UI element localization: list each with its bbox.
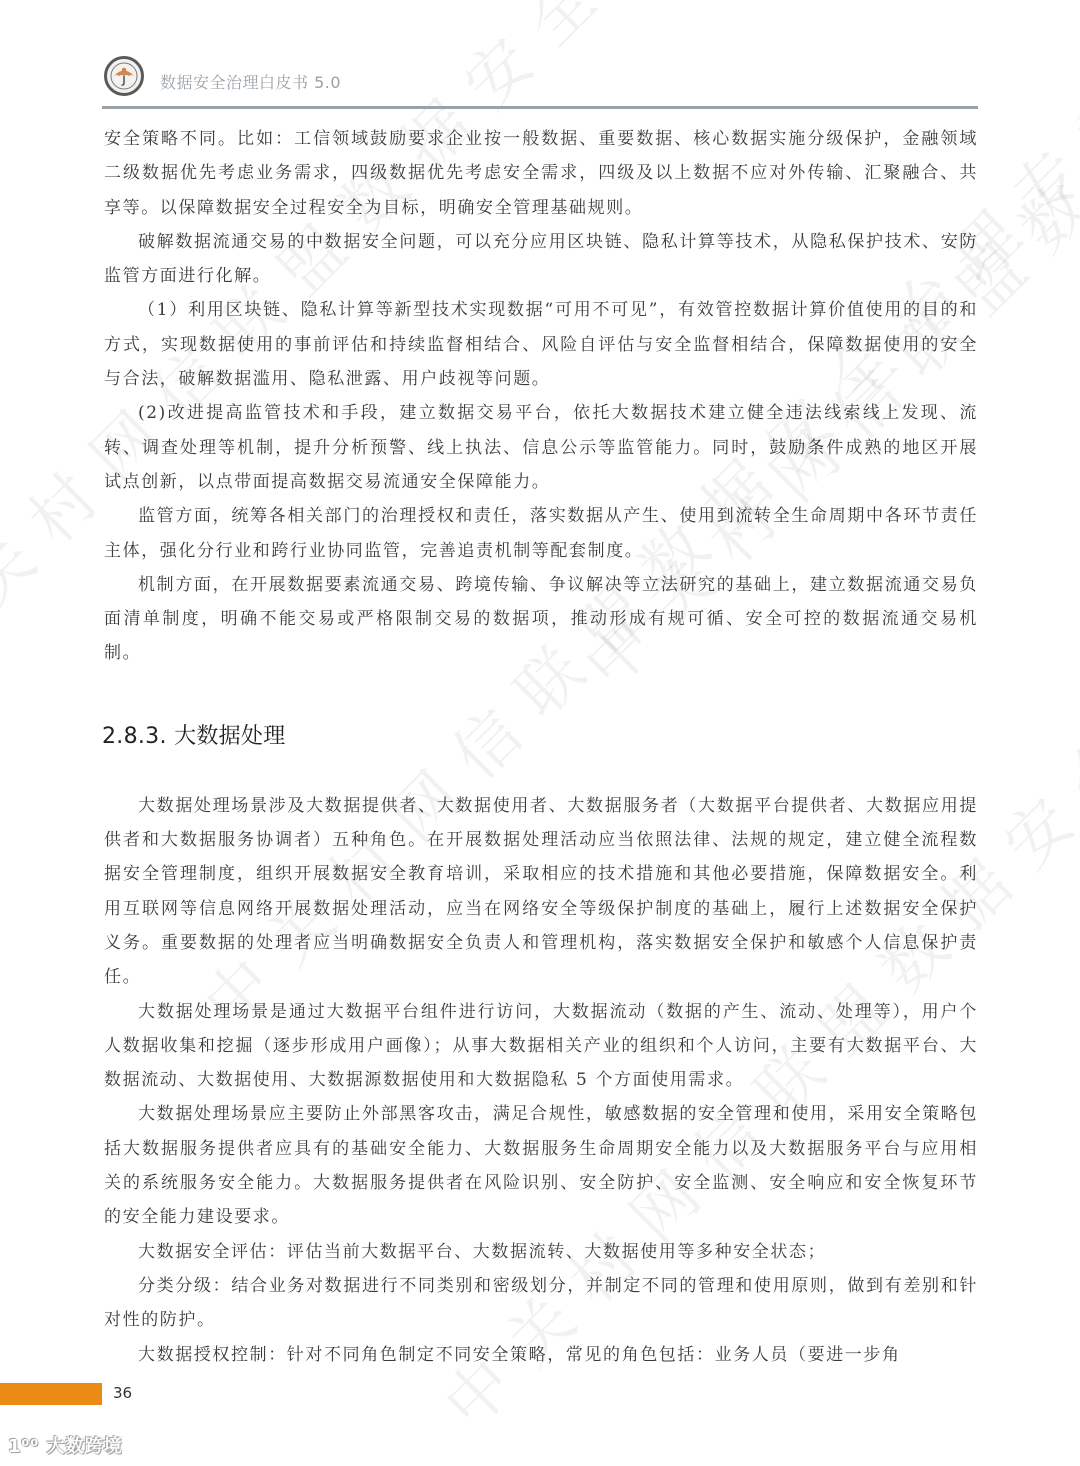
paragraph: 监管方面，统筹各相关部门的治理授权和责任，落实数据从产生、使用到流转全生命周期中…	[104, 499, 978, 568]
header-divider	[102, 106, 978, 109]
paragraph: 破解数据流通交易的中数据安全问题，可以充分应用区块链、隐私计算等技术，从隐私保护…	[104, 225, 978, 294]
footer-accent-bar	[0, 1383, 102, 1405]
brand-watermark: 1⁰⁰ 大数跨境	[8, 1432, 123, 1458]
brand-logo-icon: 1⁰⁰	[8, 1436, 39, 1457]
page-number: 36	[113, 1384, 132, 1402]
page-body: 安全策略不同。比如：工信领域鼓励要求企业按一般数据、重要数据、核心数据实施分级保…	[104, 122, 978, 1372]
paragraph: 分类分级：结合业务对数据进行不同类别和密级划分，并制定不同的管理和使用原则，做到…	[104, 1269, 978, 1338]
paragraph: 大数据安全评估：评估当前大数据平台、大数据流转、大数据使用等多种安全状态；	[104, 1235, 978, 1269]
page-header: 数据安全治理白皮书 5.0	[100, 52, 978, 108]
paragraph: 大数据授权控制：针对不同角色制定不同安全策略，常见的角色包括：业务人员（要进一步…	[104, 1338, 978, 1372]
document-title: 数据安全治理白皮书 5.0	[160, 70, 341, 93]
paragraph: 机制方面，在开展数据要素流通交易、跨境传输、争议解决等立法研究的基础上，建立数据…	[104, 568, 978, 671]
paragraph: （1）利用区块链、隐私计算等新型技术实现数据“可用不可见”，有效管控数据计算价值…	[104, 293, 978, 396]
paragraph: 大数据处理场景应主要防止外部黑客攻击，满足合规性，敏感数据的安全管理和使用，采用…	[104, 1097, 978, 1234]
brand-text: 大数跨境	[47, 1436, 123, 1457]
paragraph: 安全策略不同。比如：工信领域鼓励要求企业按一般数据、重要数据、核心数据实施分级保…	[104, 122, 978, 225]
paragraph: (2)改进提高监管技术和手段，建立数据交易平台，依托大数据技术建立健全违法线索线…	[104, 396, 978, 499]
section-heading: 2.8.3. 大数据处理	[102, 719, 978, 750]
umbrella-emblem-icon	[104, 56, 144, 96]
paragraph: 大数据处理场景涉及大数据提供者、大数据使用者、大数据服务者（大数据平台提供者、大…	[104, 789, 978, 995]
paragraph: 大数据处理场景是通过大数据平台组件进行访问，大数据流动（数据的产生、流动、处理等…	[104, 995, 978, 1098]
